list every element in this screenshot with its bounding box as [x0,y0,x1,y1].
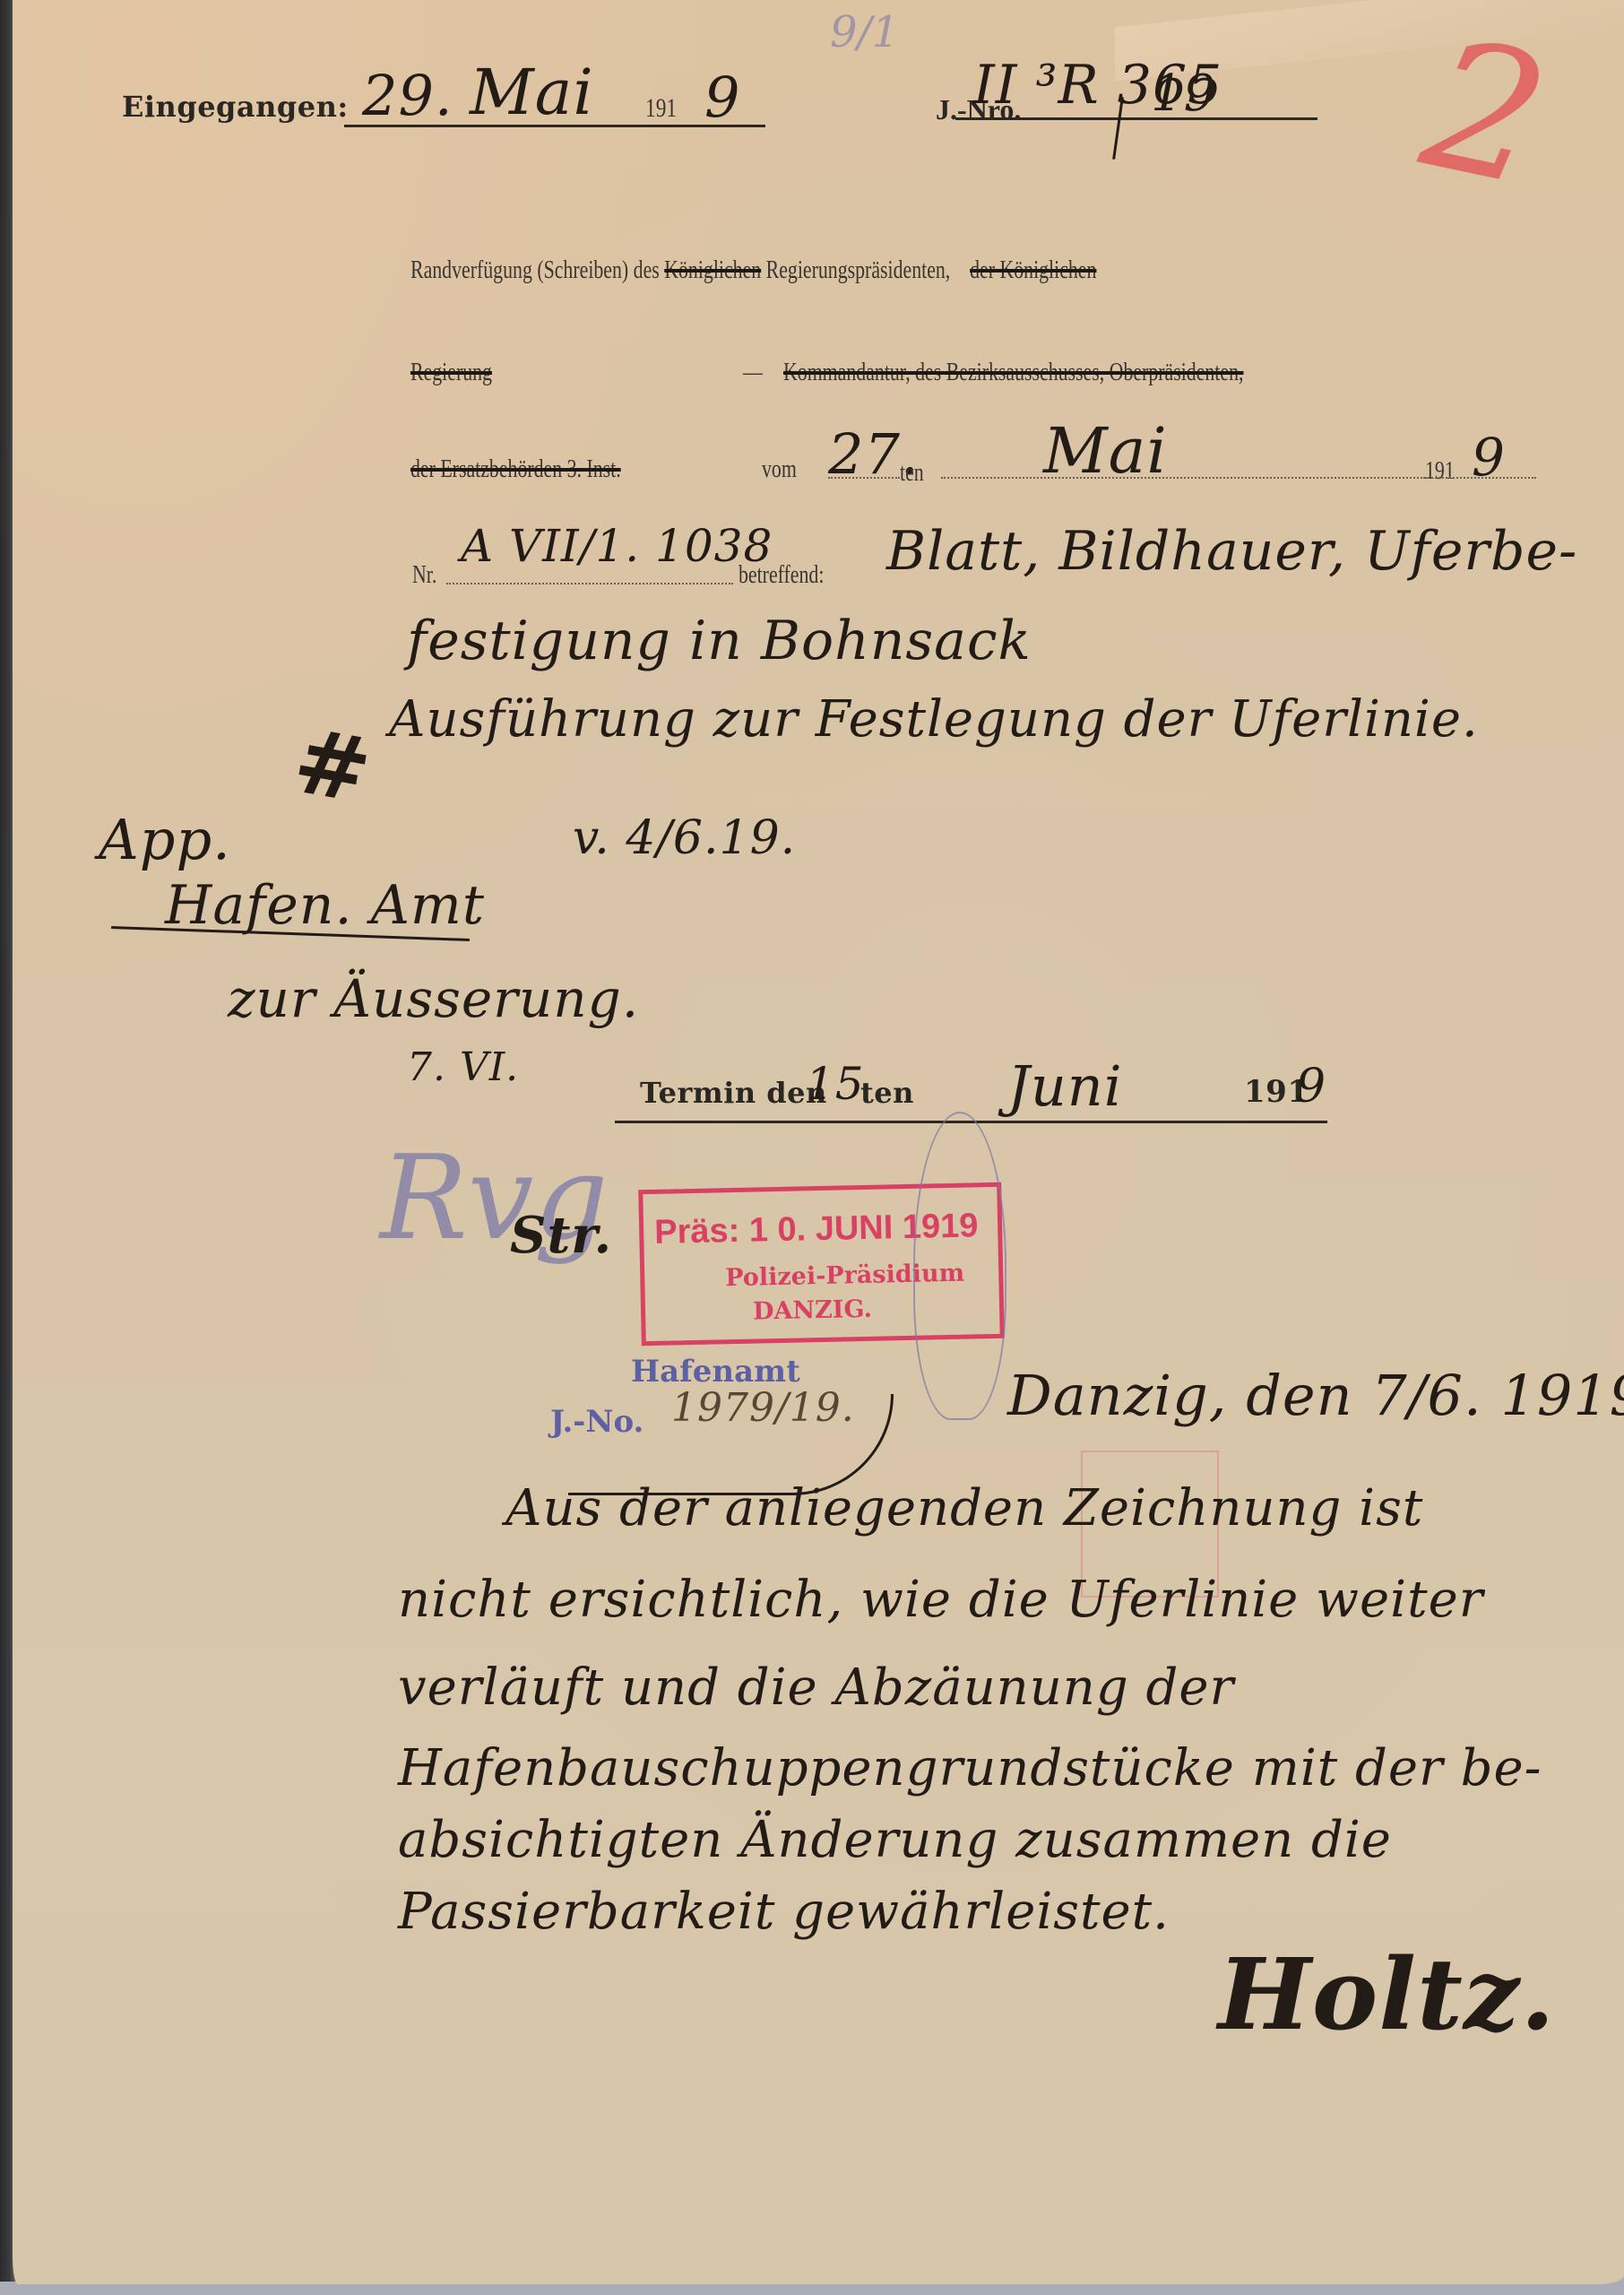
stamp-city: DANZIG. [753,1295,873,1326]
str-mark: Str. [510,1206,612,1265]
struck-ersatzbehoerden: der Ersatzbehörden 3. Inst. [410,455,621,484]
letter-line-6: Passierbarkeit gewährleistet. [398,1883,1170,1941]
letter-line-5: absichtigten Änderung zusammen die [398,1811,1392,1869]
termin-label: Termin den [640,1076,827,1110]
nr-dots [446,583,733,585]
v-date-note: v. 4/6.19. [573,811,796,865]
document-page: Eingegangen: 29. Mai 191 9 9/1 J.-Nro. I… [13,0,1624,2284]
nr-value: A VII/1. 1038 [461,520,773,572]
journal-year: 19 [1151,65,1216,123]
received-month: Mai [470,56,594,129]
nr-label: Nr. [412,561,436,590]
letter-line-1: Aus der anliegenden Zeichnung ist [505,1479,1423,1537]
termin-day: 15 [806,1058,865,1110]
journal-underline-2 [1138,117,1317,120]
betreffend-label: betreffend: [739,561,824,590]
hafen-amt-note: Hafen. Amt [165,874,485,937]
initials-note: 7. VI. [407,1044,519,1090]
received-underline [344,125,765,127]
struck-koeniglichen: Königlichen [664,256,761,284]
app-label: App. [99,807,231,872]
cross-mark: # [286,707,379,825]
form-line-1-middle: Regierungspräsidenten, [766,256,951,284]
letter-place-date: Danzig, den 7/6. 1919. [1007,1363,1624,1428]
letter-month: Mai [1043,414,1168,488]
letter-line-3: verläuft und die Abzäunung der [398,1658,1234,1717]
subject-line-2: festigung in Bohnsack [407,610,1032,672]
year-dots [1425,477,1536,479]
struck-kommandantur: Kommandantur, des Bezirksausschusses, Ob… [783,359,1243,387]
received-label: Eingegangen: [122,90,349,124]
received-year-prefix: 191 [645,93,677,124]
form-line-1-prefix: Randverfügung (Schreiben) des [410,256,660,284]
zur-aeusserung-note: zur Äusserung. [228,968,639,1029]
subject-line-1: Blatt, Bildhauer, Uferbe- [886,520,1577,583]
received-day: 29. [362,63,454,128]
form-line-1: Randverfügung (Schreiben) des Königliche… [410,256,1096,285]
signature: Holtz. [1218,1936,1556,2052]
subject-line-3: Ausführung zur Festlegung der Uferlinie. [389,690,1479,749]
letter-line-2: nicht ersichtlich, wie die Uferlinie wei… [398,1571,1484,1629]
ten-label: ten [900,459,924,488]
termin-ten: ten [860,1076,914,1110]
pencil-loop [913,1112,1006,1420]
termin-month: Juni [1007,1053,1123,1119]
struck-regierung: Regierung [410,359,492,387]
year-prefix: 191 [1425,457,1455,486]
pencil-mark-top: 9/1 [830,7,899,57]
harbour-stamp-title: Hafenamt [631,1354,800,1390]
form-line-2-dash: — [743,359,763,387]
letter-line-4: Hafenbauschuppengrundstücke mit der be- [398,1739,1542,1797]
termin-year-suffix: 9 [1296,1060,1326,1113]
month-dots [941,477,1425,479]
vom-label: vom [762,455,797,484]
received-year-suffix: 9 [704,65,740,130]
struck-der-koeniglichen: der Königlichen [970,256,1096,284]
